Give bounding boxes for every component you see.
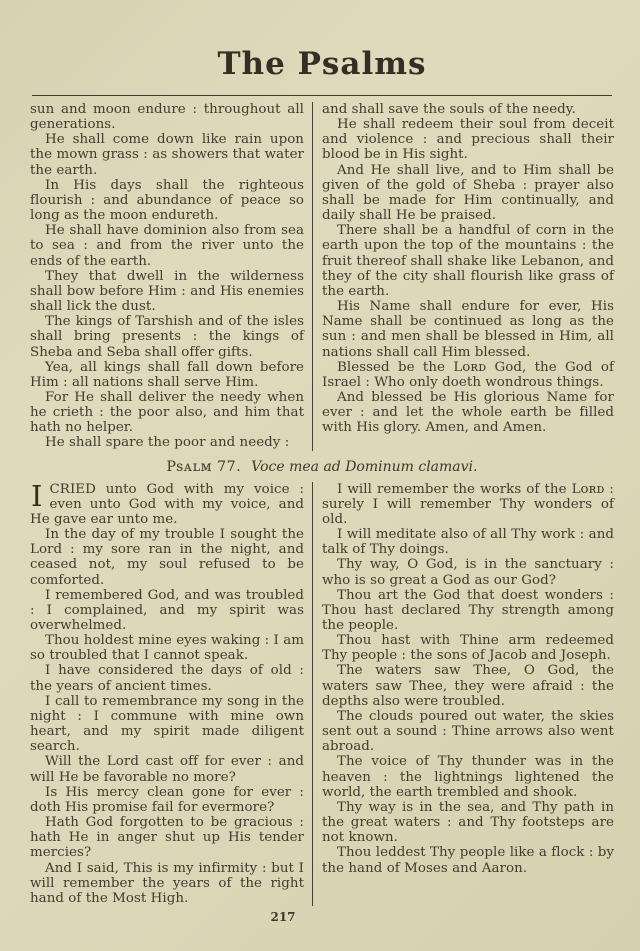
verse-paragraph: Thou art the God that doest wonders : Th… (322, 588, 614, 633)
verse-paragraph: In the day of my trouble I sought the Lo… (30, 527, 304, 588)
psalm-77-heading: Psᴀʟᴍ 77.Voce mea ad Dominum clamavi. (30, 459, 614, 475)
right-column: I will remember the works of the Lᴏʀᴅ : … (312, 482, 614, 906)
verse-text: CRIED unto God with my voice : even unto… (30, 482, 304, 527)
verse-paragraph: I will meditate also of all Thy work : a… (322, 527, 614, 557)
book-page: The Psalms sun and moon endure : through… (0, 0, 640, 951)
left-column: sun and moon endure : throughout all gen… (30, 102, 312, 451)
verse-paragraph: His Name shall endure for ever, His Name… (322, 299, 614, 360)
verse-paragraph: Is His mercy clean gone for ever : doth … (30, 785, 304, 815)
right-column: and shall save the souls of the needy. H… (312, 102, 614, 451)
verse-paragraph: sun and moon endure : throughout all gen… (30, 102, 304, 132)
header-rule (32, 95, 612, 96)
verse-paragraph: The kings of Tarshish and of the isles s… (30, 314, 304, 359)
left-column: ICRIED unto God with my voice : even unt… (30, 482, 312, 906)
verse-paragraph: They that dwell in the wilderness shall … (30, 269, 304, 314)
drop-cap: I (30, 482, 50, 509)
verse-paragraph: and shall save the souls of the needy. (322, 102, 614, 117)
verse-paragraph: He shall have dominion also from sea to … (30, 223, 304, 268)
page-number: 217 (270, 910, 295, 924)
verse-paragraph: He shall come down like rain upon the mo… (30, 132, 304, 177)
verse-paragraph: And blessed be His glorious Name for eve… (322, 390, 614, 435)
page-header: The Psalms (30, 46, 614, 96)
psalm-latin-title: Voce mea ad Dominum clamavi. (251, 459, 477, 475)
verse-paragraph: The clouds poured out water, the skies s… (322, 709, 614, 754)
verse-paragraph: I call to remembrance my song in the nig… (30, 694, 304, 755)
verse-paragraph: He shall redeem their soul from deceit a… (322, 117, 614, 162)
page-title: The Psalms (30, 46, 614, 82)
verse-paragraph: Will the Lord cast off for ever : and wi… (30, 754, 304, 784)
verse-paragraph: I have considered the days of old : the … (30, 663, 304, 693)
verse-paragraph: Blessed be the Lᴏʀᴅ God, the God of Isra… (322, 360, 614, 390)
verse-paragraph: Thy way, O God, is in the sanctuary : wh… (322, 557, 614, 587)
verse-paragraph: I will remember the works of the Lᴏʀᴅ : … (322, 482, 614, 527)
verse-paragraph: And I said, This is my infirmity : but I… (30, 861, 304, 906)
verse-paragraph: Thou holdest mine eyes waking : I am so … (30, 633, 304, 663)
verse-paragraph: In His days shall the righteous flourish… (30, 178, 304, 223)
verse-paragraph: He shall spare the poor and needy : (30, 435, 304, 450)
verse-paragraph: Thy way is in the sea, and Thy path in t… (322, 800, 614, 845)
verse-paragraph: Hath God forgotten to be gracious : hath… (30, 815, 304, 860)
verse-paragraph: The voice of Thy thunder was in the heav… (322, 754, 614, 799)
verse-paragraph: I remembered God, and was troubled : I c… (30, 588, 304, 633)
page-footer: 217 (30, 906, 614, 925)
verse-paragraph: There shall be a handful of corn in the … (322, 223, 614, 299)
psalm-77-section: ICRIED unto God with my voice : even unt… (30, 482, 614, 906)
psalm-number: Psᴀʟᴍ 77. (167, 459, 242, 475)
psalm-72-continued-section: sun and moon endure : throughout all gen… (30, 102, 614, 451)
verse-paragraph: Thou leddest Thy people like a flock : b… (322, 845, 614, 875)
verse-paragraph: For He shall deliver the needy when he c… (30, 390, 304, 435)
verse-paragraph-dropcap: ICRIED unto God with my voice : even unt… (30, 482, 304, 527)
verse-paragraph: And He shall live, and to Him shall be g… (322, 163, 614, 224)
verse-paragraph: Thou hast with Thine arm redeemed Thy pe… (322, 633, 614, 663)
verse-paragraph: The waters saw Thee, O God, the waters s… (322, 663, 614, 708)
verse-paragraph: Yea, all kings shall fall down before Hi… (30, 360, 304, 390)
